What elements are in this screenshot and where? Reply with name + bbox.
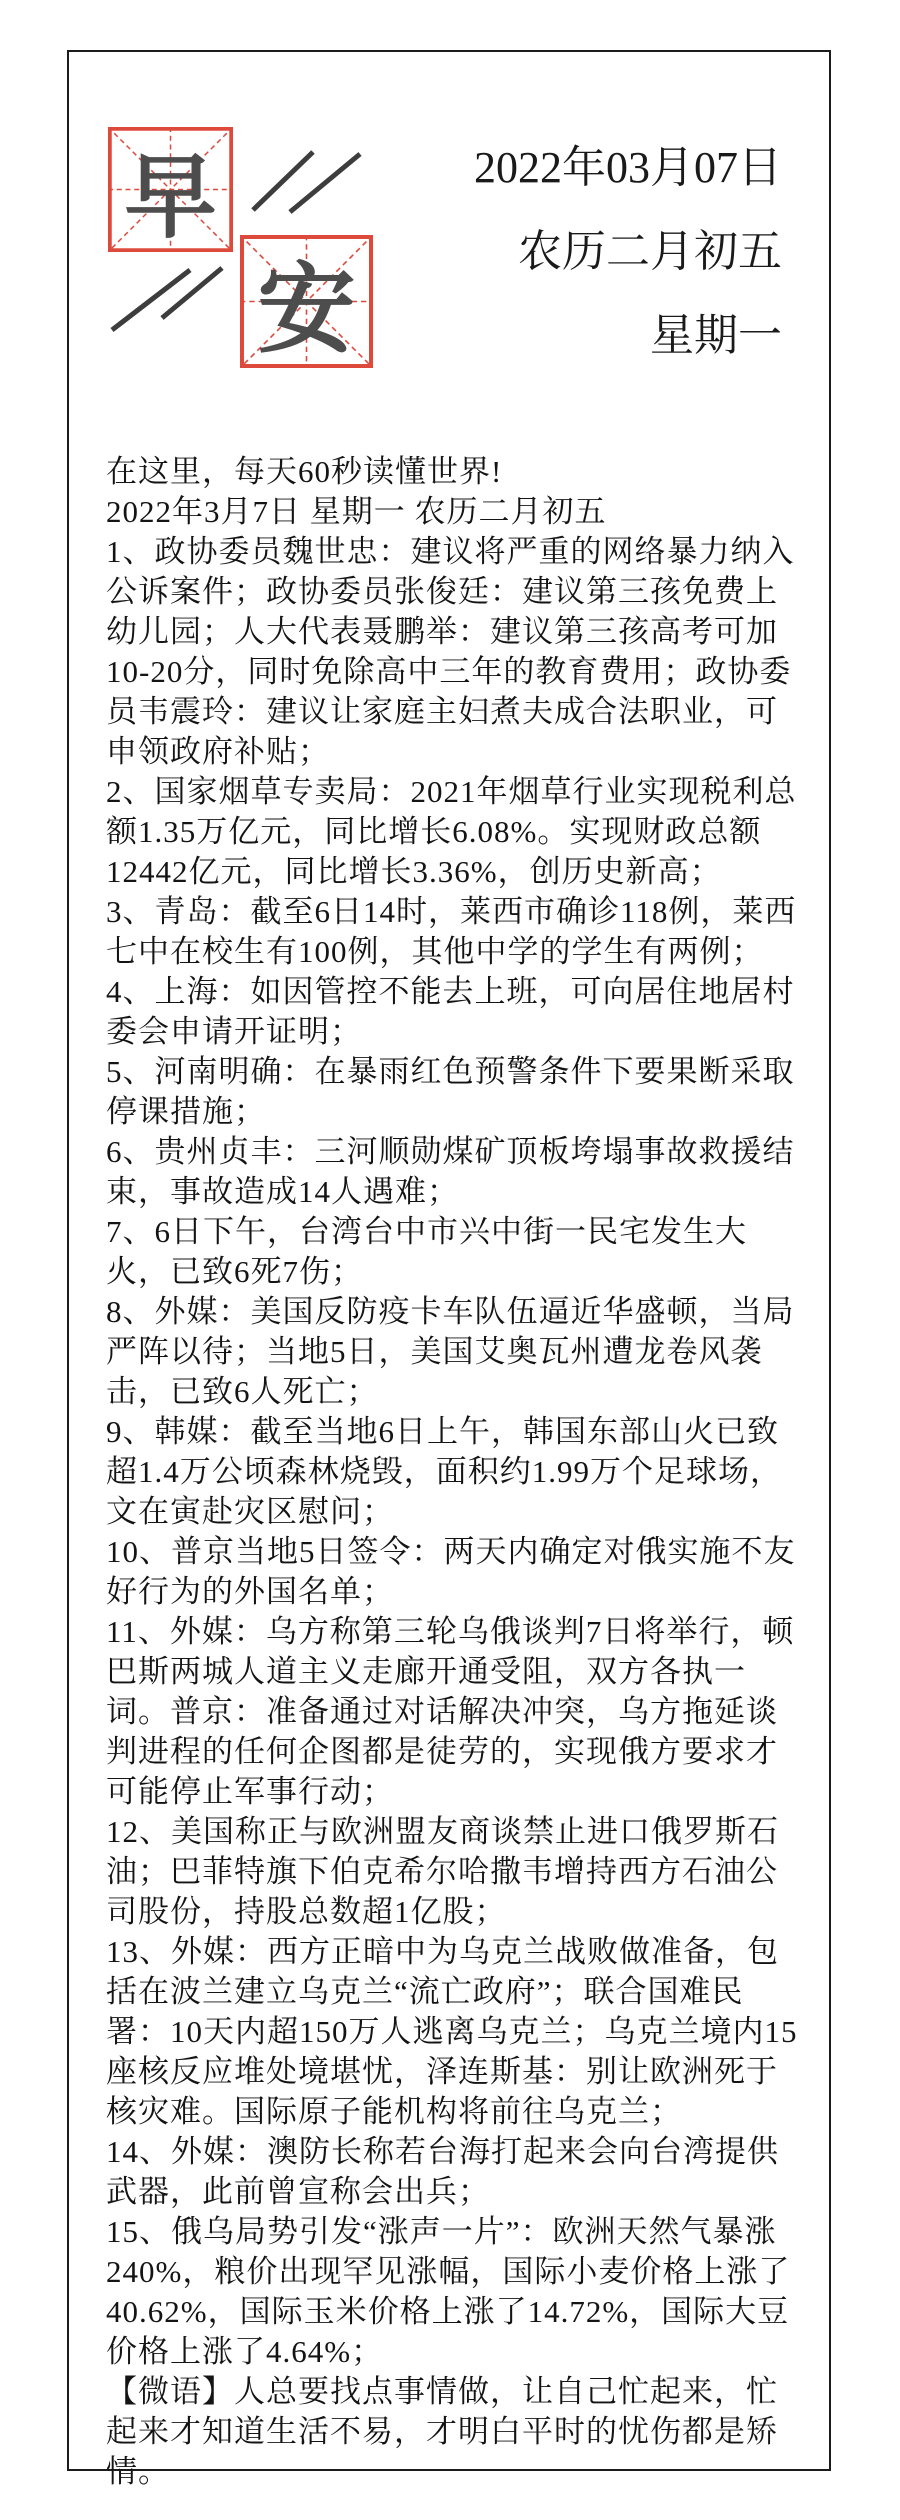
date-block: 2022年03月07日 农历二月初五 星期一 — [390, 126, 782, 378]
double-slash-icon — [105, 260, 230, 340]
news-item: 8、外媒：美国反防疫卡车队伍逼近华盛顿，当局严阵以待；当地5日，美国艾奥瓦州遭龙… — [106, 1292, 800, 1412]
intro-line-1: 在这里，每天60秒读懂世界! — [106, 452, 800, 492]
news-list: 1、政协委员魏世忠：建议将严重的网络暴力纳入公诉案件；政协委员张俊廷：建议第三孩… — [106, 532, 800, 2372]
intro-line-2: 2022年3月7日 星期一 农历二月初五 — [106, 492, 800, 532]
news-item: 7、6日下午，台湾台中市兴中街一民宅发生大火，已致6死7伤； — [106, 1212, 800, 1292]
news-item: 4、上海：如因管控不能去上班，可向居住地居村委会申请开证明； — [106, 972, 800, 1052]
zao-character: 早 — [108, 127, 233, 252]
date-weekday: 星期一 — [390, 294, 782, 378]
news-item: 2、国家烟草专卖局：2021年烟草行业实现税利总额1.35万亿元，同比增长6.0… — [106, 772, 800, 892]
news-item: 10、普京当地5日签令：两天内确定对俄实施不友好行为的外国名单； — [106, 1532, 800, 1612]
news-item: 5、河南明确：在暴雨红色预警条件下要果断采取停课措施； — [106, 1052, 800, 1132]
news-item: 3、青岛：截至6日14时，莱西市确诊118例，莱西七中在校生有100例，其他中学… — [106, 892, 800, 972]
news-item: 13、外媒：西方正暗中为乌克兰战败做准备，包括在波兰建立乌克兰“流亡政府”；联合… — [106, 1932, 800, 2132]
calligraphy-box-zao: 早 — [108, 127, 233, 252]
news-item: 1、政协委员魏世忠：建议将严重的网络暴力纳入公诉案件；政协委员张俊廷：建议第三孩… — [106, 532, 800, 772]
an-character: 安 — [240, 235, 373, 368]
news-item: 15、俄乌局势引发“涨声一片”：欧洲天然气暴涨240%，粮价出现罕见涨幅，国际小… — [106, 2212, 800, 2372]
news-body: 在这里，每天60秒读懂世界! 2022年3月7日 星期一 农历二月初五 1、政协… — [106, 452, 800, 2492]
date-lunar: 农历二月初五 — [390, 210, 782, 294]
date-gregorian: 2022年03月07日 — [390, 126, 782, 210]
morning-news-card: 早 安 2022年03月07日 农历二月初五 星期一 在这里，每天60秒读懂世界… — [0, 0, 900, 2520]
news-item: 11、外媒：乌方称第三轮乌俄谈判7日将举行，顿巴斯两城人道主义走廊开通受阻，双方… — [106, 1612, 800, 1812]
news-item: 9、韩媒：截至当地6日上午，韩国东部山火已致超1.4万公顷森林烧毁，面积约1.9… — [106, 1412, 800, 1532]
calligraphy-box-an: 安 — [240, 235, 373, 368]
weiyu-note: 【微语】人总要找点事情做，让自己忙起来，忙起来才知道生活不易，才明白平时的忧伤都… — [106, 2372, 800, 2492]
news-item: 6、贵州贞丰：三河顺勋煤矿顶板垮塌事故救援结束，事故造成14人遇难； — [106, 1132, 800, 1212]
double-slash-icon — [246, 142, 371, 222]
news-item: 14、外媒：澳防长称若台海打起来会向台湾提供武器，此前曾宣称会出兵； — [106, 2132, 800, 2212]
news-item: 12、美国称正与欧洲盟友商谈禁止进口俄罗斯石油；巴菲特旗下伯克希尔哈撒韦增持西方… — [106, 1812, 800, 1932]
